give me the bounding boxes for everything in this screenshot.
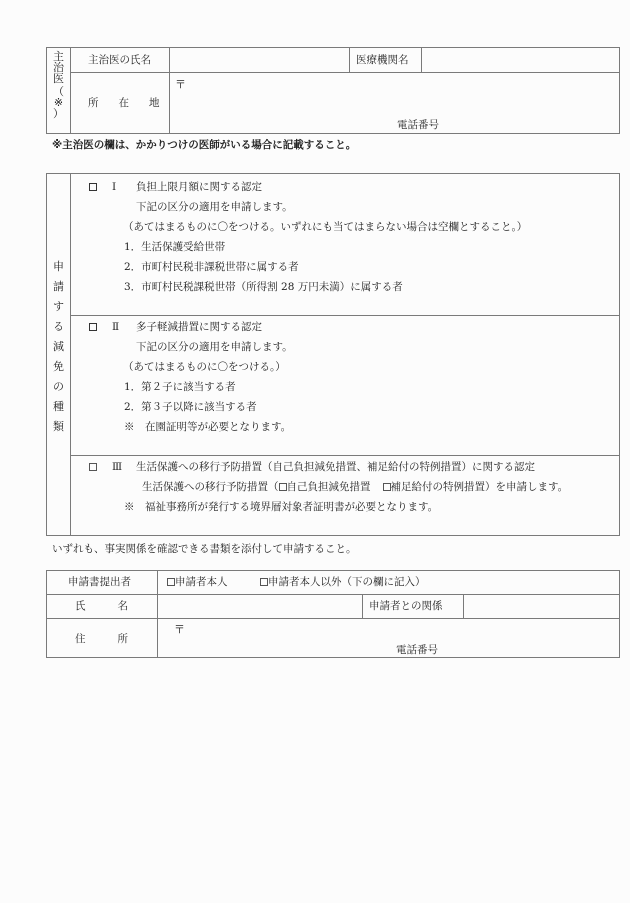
submitter-phone-label: 電話番号 [396,645,438,656]
doctor-address-field[interactable] [190,76,610,116]
self-pay-reduction-checkbox[interactable] [279,483,287,491]
submitter-name-label: 氏名 [75,601,128,612]
doctor-table-divider [70,47,71,134]
submitter-address-field[interactable] [190,621,610,641]
section-1: Ⅰ 負担上限月額に関する認定 下記の区分の適用を申請します。 （あてはまるものに… [70,173,620,315]
section-3-note: ※ 福祉事務所が発行する境界層対象者証明書が必要となります。 [124,502,438,513]
reduction-side-label: 申 請 す る 減 免 の 種 類 [48,257,69,437]
submitter-address-label: 住所 [75,634,128,645]
doctor-phone-label: 電話番号 [397,120,439,131]
section-2: Ⅱ 多子軽減措置に関する認定 下記の区分の適用を申請します。 （あてはまるものに… [70,315,620,455]
doctor-name-field[interactable] [172,49,347,70]
doctor-address-label: 所在地 [88,98,160,109]
section-1-option[interactable]: 3．市町村民税課税世帯（所得割 28 万円未満）に属する者 [124,282,403,293]
submitter-option-self[interactable]: 申請者本人 [167,577,228,588]
section-3-checkbox[interactable] [89,463,97,471]
postal-mark-icon: 〒 [175,79,186,90]
submitter-table-divider [463,594,464,618]
submitter-table-divider [46,594,620,595]
doctor-side-label: 主 治 医 （ ※ ） [48,51,69,119]
section-2-note: ※ 在園証明等が必要となります。 [124,422,291,433]
section-1-numeral: Ⅰ [112,182,116,193]
section-1-line: 下記の区分の適用を申請します。 [136,202,293,213]
doctor-table-divider [421,47,422,72]
submitter-table-divider [362,594,363,618]
section-3-title: 生活保護への移行予防措置（自己負担減免措置、補足給付の特例措置）に関する認定 [136,462,535,473]
section-2-line: （あてはまるものに〇をつける。） [123,362,286,373]
attach-note: いずれも、事実関係を確認できる書類を添付して申請すること。 [52,544,357,555]
submitter-table-divider [46,618,620,619]
section-2-option[interactable]: 1．第２子に該当する者 [124,382,236,393]
section-2-line: 下記の区分の適用を申請します。 [136,342,293,353]
doctor-table-divider [70,72,620,73]
section-3: Ⅲ 生活保護への移行予防措置（自己負担減免措置、補足給付の特例措置）に関する認定… [70,455,620,536]
doctor-phone-field[interactable] [450,118,610,132]
submitter-table-divider [157,570,158,658]
postal-mark-icon: 〒 [174,624,185,635]
submitter-name-field[interactable] [160,596,360,616]
institution-field[interactable] [424,49,617,70]
submitter-option-other[interactable]: 申請者本人以外（下の欄に記入） [260,577,426,588]
doctor-name-label: 主治医の氏名 [88,55,151,66]
doctor-table-divider [169,47,170,134]
section-2-title: 多子軽減措置に関する認定 [136,322,262,333]
relation-field[interactable] [466,596,616,616]
doctor-table-divider [349,47,350,72]
section-2-option[interactable]: 2．第３子以降に該当する者 [124,402,257,413]
institution-label: 医療機関名 [356,55,409,66]
section-1-line: （あてはまるものに〇をつける。いずれにも当てはまらない場合は空欄とすること。） [123,222,527,233]
section-2-checkbox[interactable] [89,323,97,331]
submitter-phone-field[interactable] [450,643,610,656]
supplementary-benefit-checkbox[interactable] [383,483,391,491]
checkbox-icon[interactable] [260,578,268,586]
doctor-note: ※主治医の欄は、かかりつけの医師がいる場合に記載すること。 [52,140,356,151]
section-2-numeral: Ⅱ [112,322,119,333]
submitter-label: 申請書提出者 [68,577,131,588]
section-1-title: 負担上限月額に関する認定 [136,182,262,193]
section-3-apply-line: 生活保護への移行予防措置（自己負担減免措置補足給付の特例措置）を申請します。 [142,482,568,493]
section-1-checkbox[interactable] [89,183,97,191]
section-1-option[interactable]: 2．市町村民税非課税世帯に属する者 [124,262,299,273]
checkbox-icon[interactable] [167,578,175,586]
section-3-numeral: Ⅲ [112,462,122,473]
section-1-option[interactable]: 1．生活保護受給世帯 [124,242,225,253]
relation-label: 申請者との関係 [369,601,443,612]
